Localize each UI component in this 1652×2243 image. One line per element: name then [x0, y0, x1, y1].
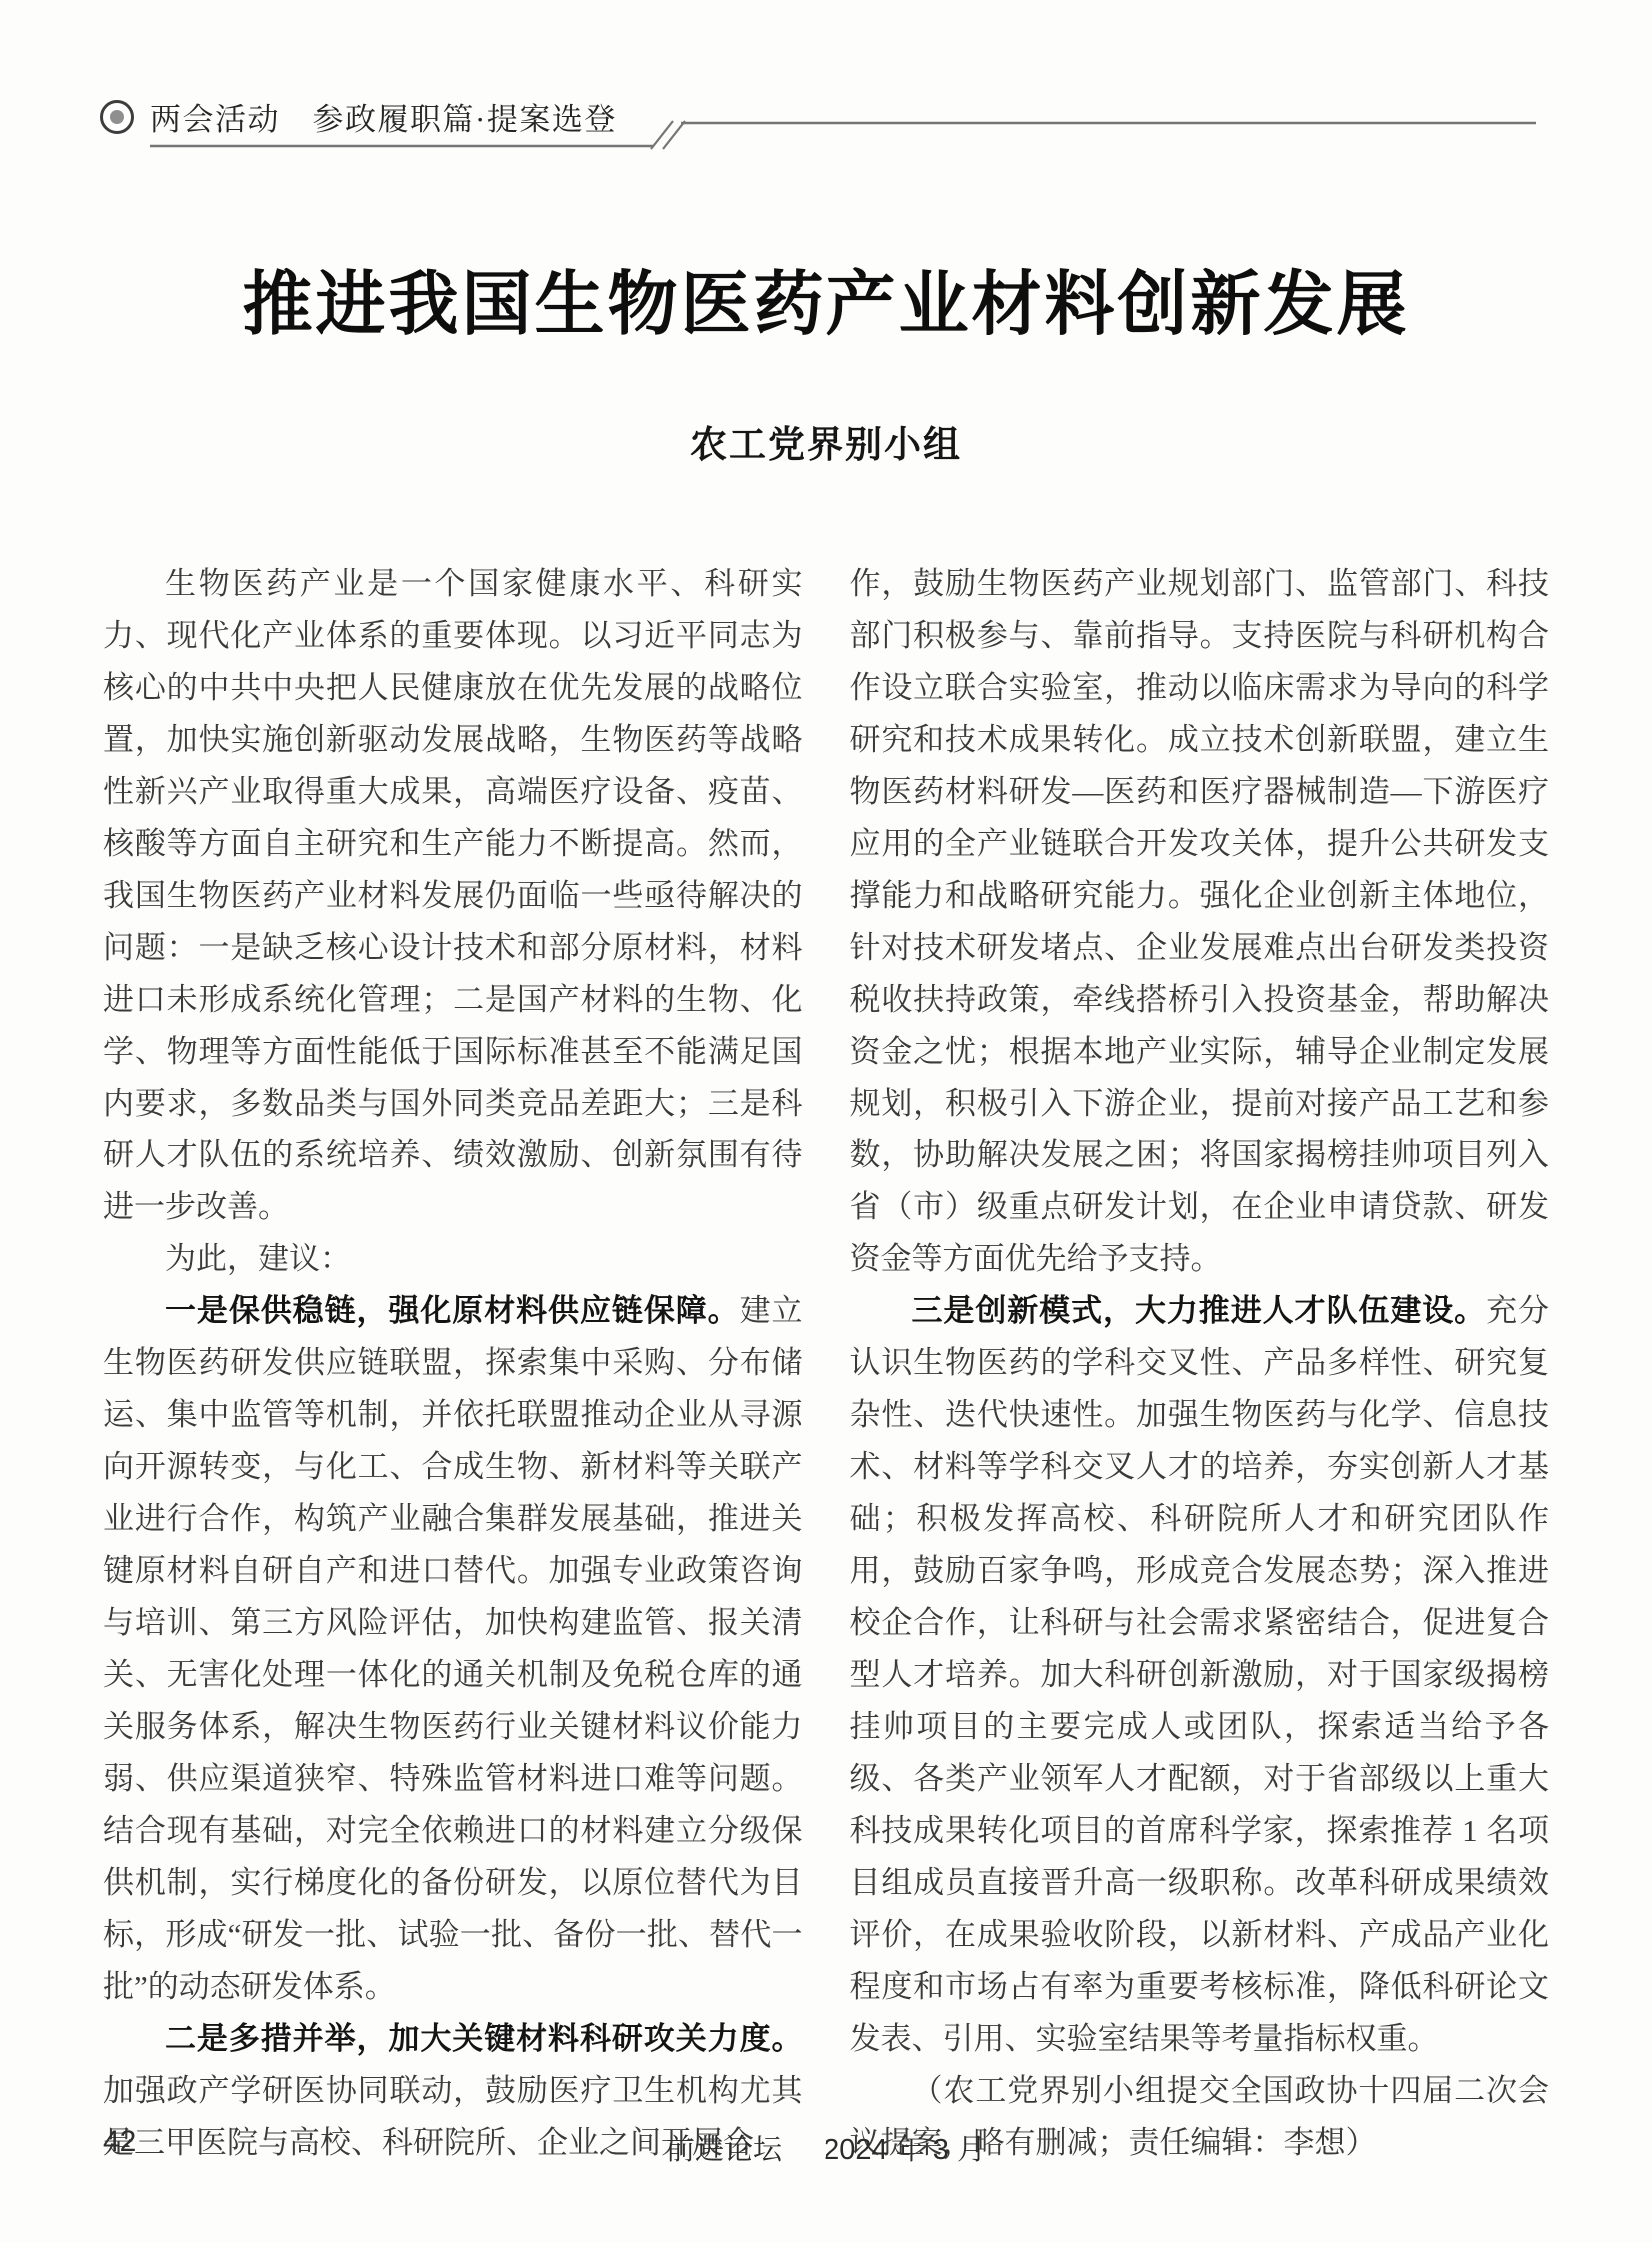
section-label: 两会活动 参政履职篇·提案选登 [150, 94, 617, 139]
magazine-page: 两会活动 参政履职篇·提案选登 推进我国生物医药产业材料创新发展 农工党界别小组… [0, 0, 1652, 2243]
para-intro-text: 生物医药产业是一个国家健康水平、科研实力、现代化产业体系的重要体现。以习近平同志… [103, 566, 803, 1224]
para-point2-continued: 作，鼓励生物医药产业规划部门、监管部门、科技部门积极参与、靠前指导。支持医院与科… [850, 558, 1550, 1285]
bullseye-icon [100, 100, 134, 134]
para-point2-lead: 二是多措并举，加大关键材料科研攻关力度。 [165, 2021, 803, 2056]
para-point1-lead: 一是保供稳链，强化原材料供应链保障。 [165, 1293, 740, 1328]
para-point1: 一是保供稳链，强化原材料供应链保障。建立生物医药研发供应链联盟，探索集中采购、分… [103, 1285, 803, 2013]
footer-journal-line: 前进论坛 2024 年 3 月 [0, 2127, 1652, 2168]
para-point1-text: 建立生物医药研发供应链联盟，探索集中采购、分布储运、集中监管等机制，并依托联盟推… [103, 1293, 803, 2004]
para-intro: 生物医药产业是一个国家健康水平、科研实力、现代化产业体系的重要体现。以习近平同志… [103, 558, 803, 1233]
article-title: 推进我国生物医药产业材料创新发展 [0, 248, 1652, 349]
para-suggest-text: 为此，建议： [165, 1241, 351, 1276]
journal-name: 前进论坛 [666, 2134, 782, 2166]
para-point3: 三是创新模式，大力推进人才队伍建设。充分认识生物医药的学科交叉性、产品多样性、研… [850, 1285, 1550, 2065]
para-suggest-lead-in: 为此，建议： [103, 1233, 803, 1285]
para-point3-text: 充分认识生物医药的学科交叉性、产品多样性、研究复杂性、迭代快速性。加强生物医药与… [850, 1293, 1550, 2056]
right-column: 作，鼓励生物医药产业规划部门、监管部门、科技部门积极参与、靠前指导。支持医院与科… [850, 558, 1550, 2169]
para-point2-cont-text: 作，鼓励生物医药产业规划部门、监管部门、科技部门积极参与、靠前指导。支持医院与科… [850, 566, 1550, 1276]
article-author: 农工党界别小组 [0, 414, 1652, 468]
issue-date: 2024 年 3 月 [824, 2134, 986, 2166]
article-body: 生物医药产业是一个国家健康水平、科研实力、现代化产业体系的重要体现。以习近平同志… [103, 558, 1549, 2169]
section-header: 两会活动 参政履职篇·提案选登 [100, 94, 617, 139]
para-point3-lead: 三是创新模式，大力推进人才队伍建设。 [912, 1293, 1487, 1328]
left-column: 生物医药产业是一个国家健康水平、科研实力、现代化产业体系的重要体现。以习近平同志… [103, 558, 803, 2169]
